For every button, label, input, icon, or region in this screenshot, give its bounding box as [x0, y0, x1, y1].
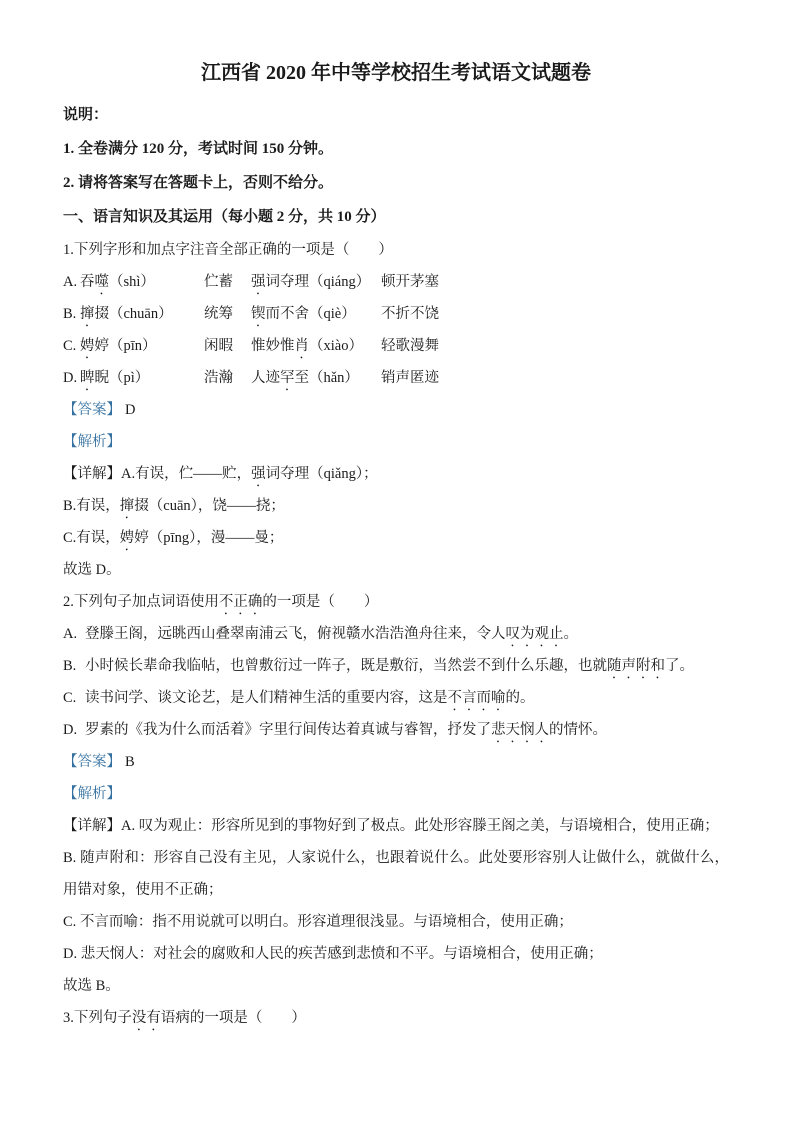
q1-answer-line: 【答案】D	[63, 394, 729, 426]
option-letter: C.	[63, 330, 80, 362]
q2-answer-line: 【答案】B	[63, 746, 729, 778]
option-word-1: 撺掇（chuān）	[80, 298, 204, 330]
option-text: 读书问学、谈文论艺，是人们精神生活的重要内容，这是不言而喻的。	[85, 690, 535, 706]
answer-label: 【答案】	[63, 754, 121, 770]
option-word-2: 浩瀚	[204, 362, 251, 394]
instructions-label: 说明：	[63, 98, 729, 132]
option-letter: C.	[63, 682, 85, 714]
option-word-4: 顿开茅塞	[381, 266, 729, 298]
instruction-item-2: 2. 请将答案写在答题卡上，否则不给分。	[63, 166, 729, 200]
q2-detail-3: C. 不言而喻：指不用说就可以明白。形容道理很浅显。与语境相合，使用正确；	[63, 906, 729, 938]
q1-option-d: D. 睥睨（pì） 浩瀚 人迹罕至（hǎn） 销声匿迹	[63, 362, 729, 394]
option-letter: A.	[63, 618, 85, 650]
q2-option-c: C.读书问学、谈文论艺，是人们精神生活的重要内容，这是不言而喻的。	[63, 682, 729, 714]
option-word-2: 闲暇	[204, 330, 251, 362]
q2-option-b: B.小时候长辈命我临帖，也曾敷衍过一阵子，既是敷衍，当然尝不到什么乐趣，也就随声…	[63, 650, 729, 682]
option-text: 罗素的《我为什么而活着》字里行间传达着真诚与睿智，抒发了悲天悯人的情怀。	[85, 722, 607, 738]
q2-stem: 2.下列句子加点词语使用不正确的一项是（ ）	[63, 586, 729, 618]
option-word-4: 销声匿迹	[381, 362, 729, 394]
option-word-2: 伫蓄	[204, 266, 251, 298]
q1-stem: 1.下列字形和加点字注音全部正确的一项是（ ）	[63, 234, 729, 266]
option-letter: B.	[63, 298, 80, 330]
option-word-1: 吞噬（shì）	[80, 266, 204, 298]
page-title: 江西省 2020 年中等学校招生考试语文试题卷	[63, 58, 729, 88]
q1-option-c: C. 娉婷（pīn） 闲暇 惟妙惟肖（xiào） 轻歌漫舞	[63, 330, 729, 362]
q1-detail-1: 【详解】A.有误，伫——贮，强词夺理（qiǎng）；	[63, 458, 729, 490]
option-word-1: 娉婷（pīn）	[80, 330, 204, 362]
q2-conclusion: 故选 B。	[63, 970, 729, 1002]
q2-detail-4: D. 悲天悯人：对社会的腐败和人民的疾苦感到悲愤和不平。与语境相合，使用正确；	[63, 938, 729, 970]
q1-analysis-line: 【解析】	[63, 426, 729, 458]
option-word-3: 惟妙惟肖（xiào）	[251, 330, 381, 362]
answer-value: B	[125, 754, 135, 770]
q1-conclusion: 故选 D。	[63, 554, 729, 586]
option-word-3: 人迹罕至（hǎn）	[251, 362, 381, 394]
q2-option-d: D.罗素的《我为什么而活着》字里行间传达着真诚与睿智，抒发了悲天悯人的情怀。	[63, 714, 729, 746]
option-text: 小时候长辈命我临帖，也曾敷衍过一阵子，既是敷衍，当然尝不到什么乐趣，也就随声附和…	[85, 658, 694, 674]
q2-detail-1: 【详解】A. 叹为观止：形容所见到的事物好到了极点。此处形容滕王阁之美，与语境相…	[63, 810, 729, 842]
answer-label: 【答案】	[63, 402, 121, 418]
instruction-item-1: 1. 全卷满分 120 分，考试时间 150 分钟。	[63, 132, 729, 166]
q1-detail-2: B.有误，撺掇（cuān），饶——挠；	[63, 490, 729, 522]
option-word-2: 统筹	[204, 298, 251, 330]
option-letter: D.	[63, 714, 85, 746]
option-text: 登滕王阁，远眺西山叠翠南浦云飞，俯视赣水浩浩渔舟往来，令人叹为观止。	[85, 626, 578, 642]
answer-value: D	[125, 402, 135, 418]
option-word-4: 轻歌漫舞	[381, 330, 729, 362]
q1-option-b: B. 撺掇（chuān） 统筹 锲而不舍（qiè） 不折不饶	[63, 298, 729, 330]
option-letter: B.	[63, 650, 85, 682]
option-word-3: 强词夺理（qiáng）	[251, 266, 381, 298]
q2-analysis-line: 【解析】	[63, 778, 729, 810]
section-heading: 一、语言知识及其运用（每小题 2 分，共 10 分）	[63, 200, 729, 234]
analysis-label: 【解析】	[63, 434, 121, 450]
option-letter: D.	[63, 362, 80, 394]
q3-stem: 3.下列句子没有语病的一项是（ ）	[63, 1002, 729, 1034]
option-word-4: 不折不饶	[381, 298, 729, 330]
q1-option-a: A. 吞噬（shì） 伫蓄 强词夺理（qiáng） 顿开茅塞	[63, 266, 729, 298]
exam-page: 江西省 2020 年中等学校招生考试语文试题卷 说明： 1. 全卷满分 120 …	[0, 0, 793, 1122]
q2-option-a: A.登滕王阁，远眺西山叠翠南浦云飞，俯视赣水浩浩渔舟往来，令人叹为观止。	[63, 618, 729, 650]
analysis-label: 【解析】	[63, 786, 121, 802]
option-word-1: 睥睨（pì）	[80, 362, 204, 394]
q1-detail-3: C.有误，娉婷（pīng），漫——曼；	[63, 522, 729, 554]
q2-detail-2: B. 随声附和：形容自己没有主见，人家说什么，也跟着说什么。此处要形容别人让做什…	[63, 842, 729, 906]
option-letter: A.	[63, 266, 80, 298]
option-word-3: 锲而不舍（qiè）	[251, 298, 381, 330]
